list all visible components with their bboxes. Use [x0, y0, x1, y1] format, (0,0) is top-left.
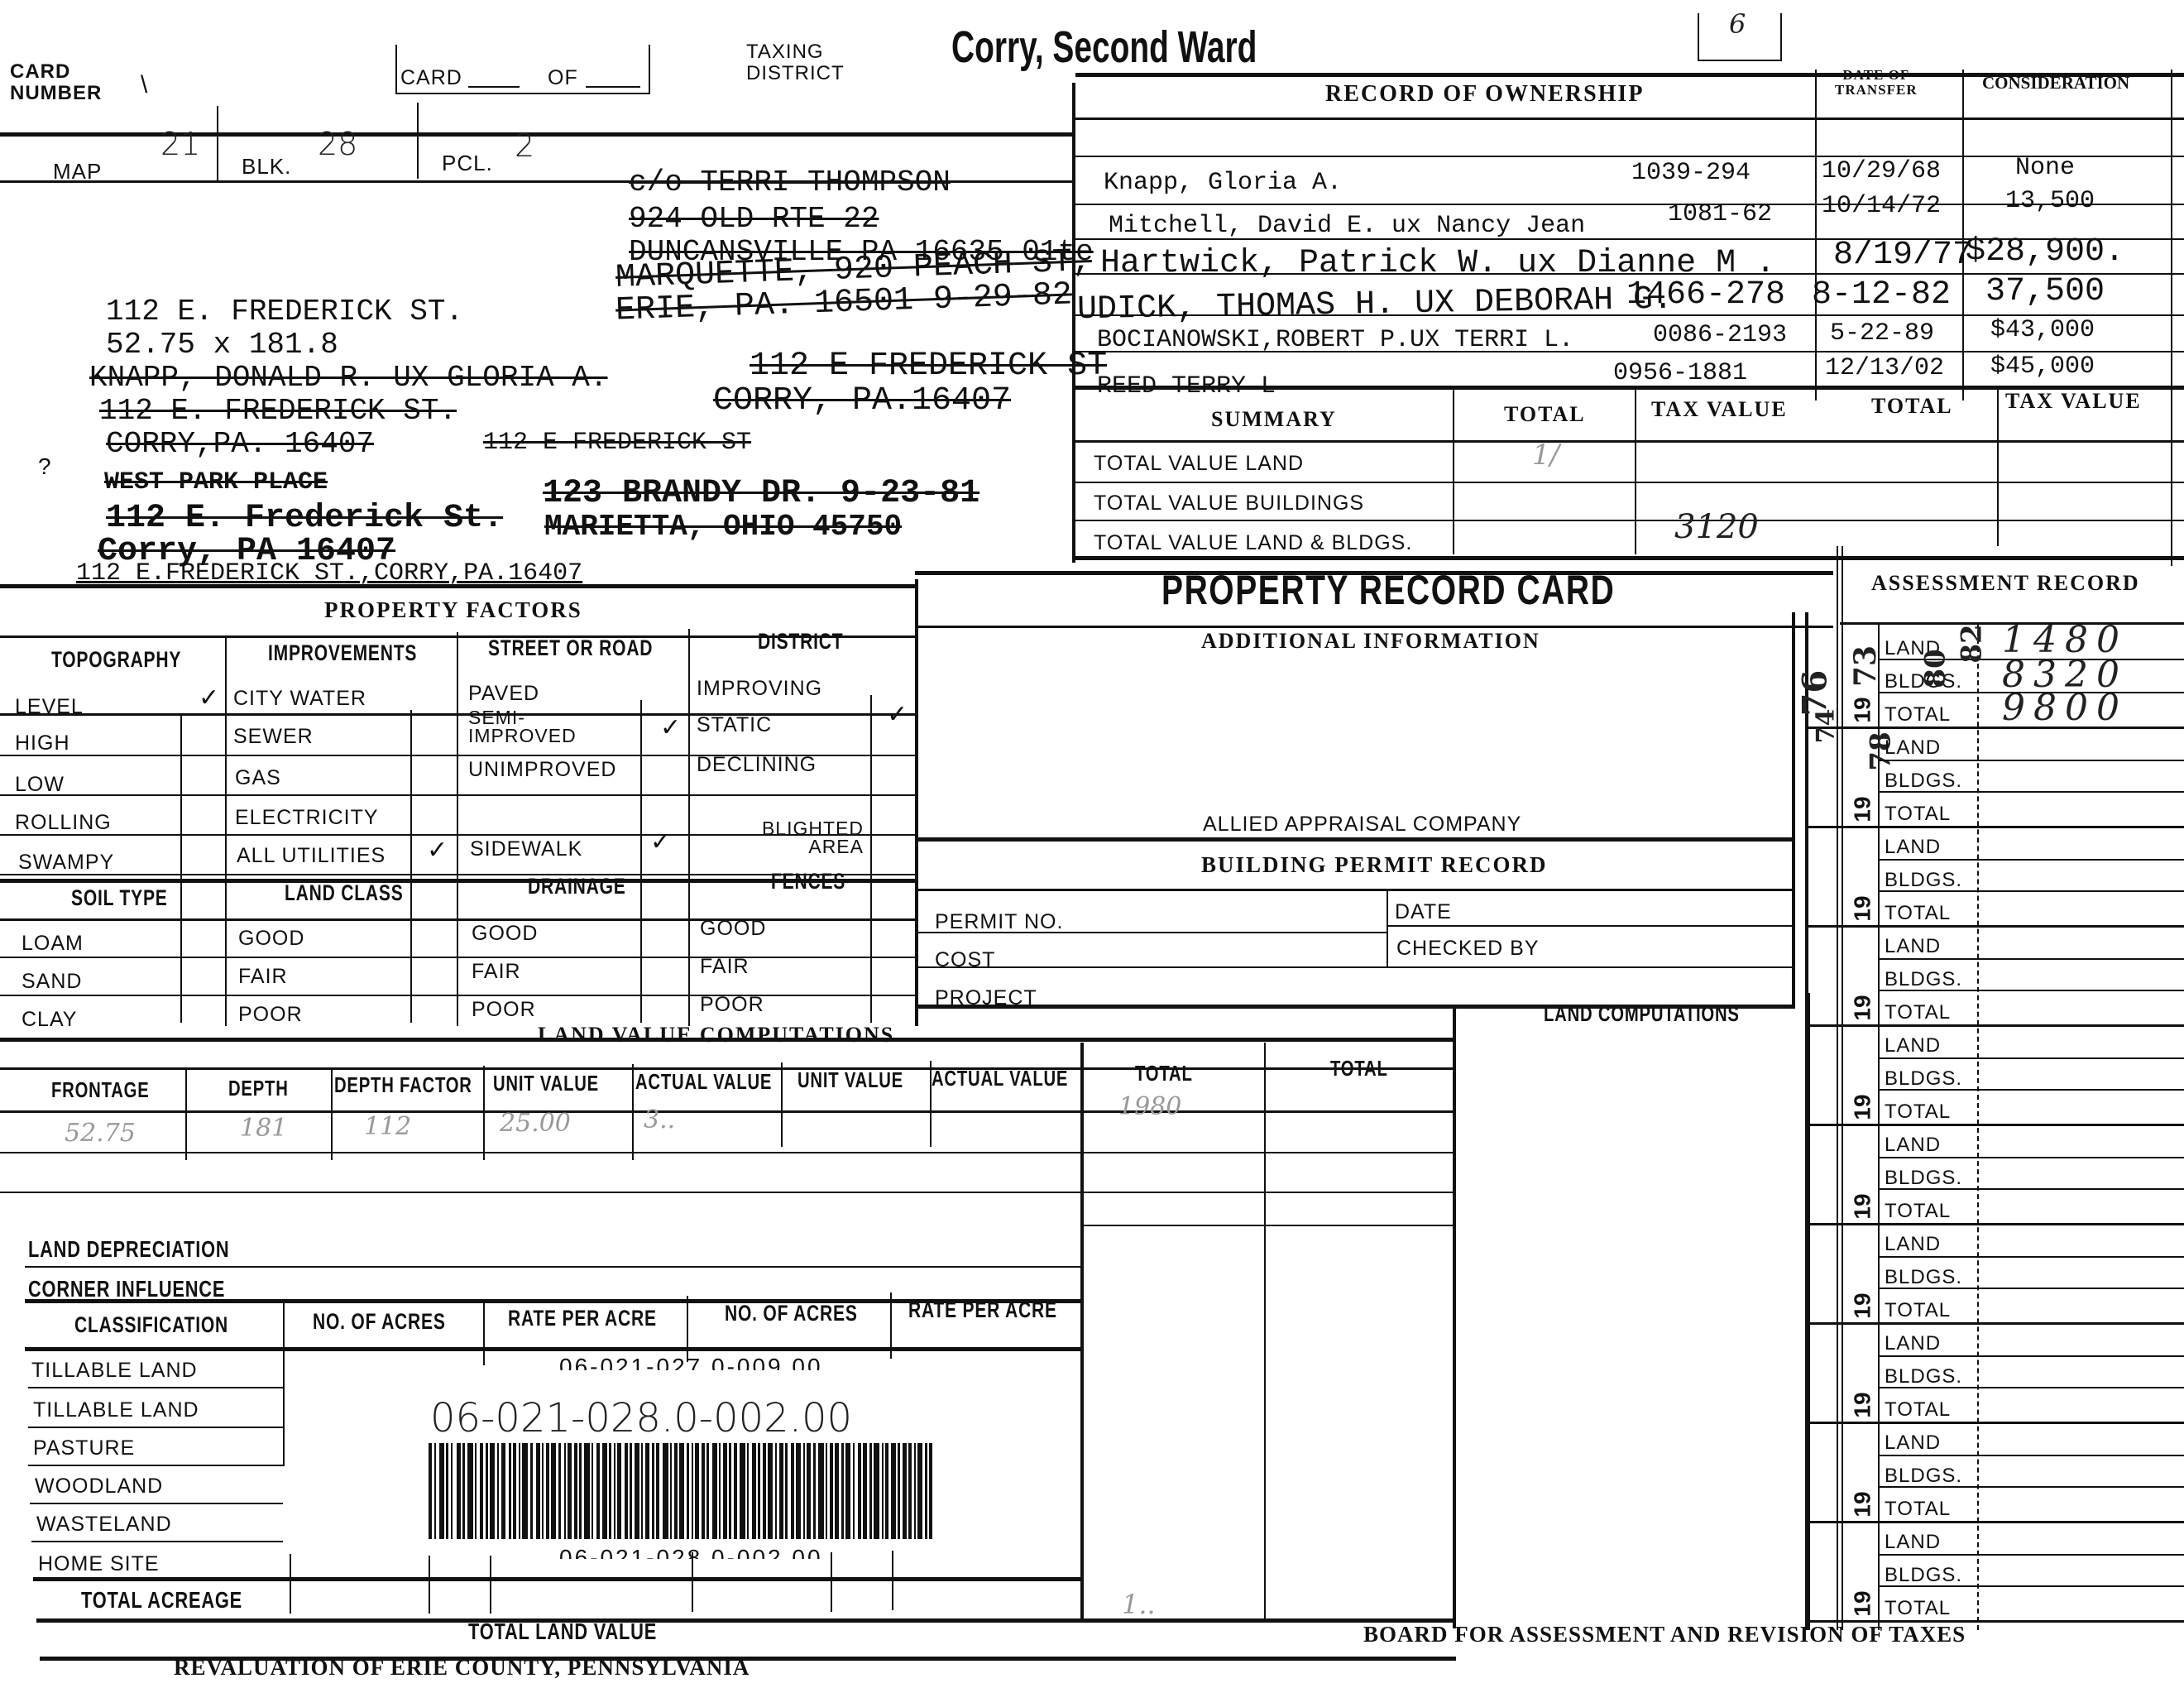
divider [1387, 925, 1795, 927]
divider [1635, 389, 1636, 554]
no-of-acres-header: NO. OF ACRES [313, 1309, 446, 1335]
fences-poor: POOR [700, 993, 764, 1017]
street-sidewalk: SIDEWALK [470, 837, 582, 861]
divider [410, 710, 412, 1023]
consideration-header: CONSIDERATION [1982, 73, 2129, 94]
of-blank[interactable] [586, 86, 640, 88]
divider [831, 1552, 832, 1612]
divider [0, 1152, 1453, 1153]
deed-reference: 1466-278 [1626, 276, 1785, 314]
frontage-header: FRONTAGE [51, 1077, 150, 1103]
divider [1878, 1455, 2184, 1456]
divider [0, 995, 918, 996]
assessment-total-label: TOTAL [1885, 1597, 1951, 1620]
land-computations-title: LAND COMPUTATIONS [1544, 1001, 1740, 1027]
assessment-bldgs-label: BLDGS. [1885, 1365, 1962, 1388]
divider [457, 632, 458, 1026]
soil-sand: SAND [22, 970, 82, 994]
summary-title: SUMMARY [1211, 407, 1337, 432]
assessment-land-label: LAND [1885, 836, 1941, 859]
year-prefix: 19 [1850, 1193, 1876, 1219]
property-factors-title: PROPERTY FACTORS [324, 597, 582, 623]
divider [429, 1556, 430, 1614]
divider [1075, 520, 2184, 521]
struck-address-line: KNAPP, DONALD R. UX GLORIA A. [89, 361, 608, 395]
divider [483, 1066, 485, 1160]
year-prefix: 19 [1850, 1491, 1876, 1517]
divider [490, 1556, 491, 1614]
divider [0, 713, 918, 716]
assessment-bldgs-label: BLDGS. [1885, 1564, 1962, 1587]
struck-address-line: CORRY,PA. 16407 [106, 427, 374, 461]
unit-value: 25.00 [500, 1109, 571, 1138]
drainage-poor: POOR [472, 998, 536, 1022]
total-acreage-label: TOTAL ACREAGE [81, 1587, 242, 1614]
barcode-top-text: 06-021-027.0-009.00 [559, 1354, 823, 1370]
assessment-total-label: TOTAL [1885, 803, 1951, 826]
divider [283, 1301, 285, 1466]
divider [28, 1387, 283, 1388]
pcl-value: 2 [515, 127, 534, 164]
class-home-site: HOME SITE [38, 1552, 160, 1576]
assessment-land-label: LAND [1885, 1233, 1941, 1256]
struck-address-line: 112 E. Frederick St. [106, 500, 503, 537]
frontage-value: 52.75 [65, 1119, 136, 1148]
assessment-record-title: ASSESSMENT RECORD [1871, 571, 2140, 596]
land-depreciation-label: LAND DEPRECIATION [28, 1236, 229, 1263]
divider [31, 1541, 283, 1542]
property-address: 112 E. FREDERICK ST. [106, 295, 463, 328]
divider [1805, 1521, 2184, 1523]
divider [331, 1067, 333, 1160]
soil-loam: LOAM [22, 932, 84, 956]
divider [1387, 890, 1388, 966]
year-prefix: 19 [1850, 995, 1876, 1020]
class-pasture: PASTURE [33, 1436, 135, 1460]
divider [30, 1503, 283, 1504]
divider [1878, 1256, 2184, 1258]
divider [915, 579, 918, 1026]
consideration: None [2015, 154, 2075, 182]
assessment-total-label: TOTAL [1885, 1498, 1951, 1521]
divider [1805, 925, 2184, 928]
struck-address-line: c/o TERRI THOMPSON [629, 165, 951, 199]
additional-info-title: ADDITIONAL INFORMATION [1201, 629, 1540, 654]
card-label: CARD [400, 66, 462, 90]
street-semi-improved: SEMI- IMPROVED [468, 708, 577, 745]
divider [1997, 389, 1999, 546]
divider [0, 1192, 1453, 1193]
divider [1075, 482, 2184, 483]
year-note-82: 82 [1956, 624, 1989, 663]
blk-label: BLK. [242, 154, 291, 180]
taxing-district-value: Corry, Second Ward [951, 22, 1257, 73]
street-road-header: STREET OR ROAD [488, 635, 653, 661]
deed-reference: 1039-294 [1631, 159, 1751, 187]
divider [0, 1110, 1453, 1113]
divider [1453, 1005, 1456, 1628]
divider [1072, 83, 1075, 563]
soil-clay: CLAY [22, 1008, 77, 1032]
divider [781, 1062, 783, 1147]
divider [1805, 1024, 2184, 1027]
divider [1075, 117, 2184, 120]
owner-name: BOCIANOWSKI,ROBERT P.UX TERRI L. [1097, 326, 1573, 354]
footer-board: BOARD FOR ASSESSMENT AND REVISION OF TAX… [1363, 1622, 1966, 1647]
classification-header: CLASSIFICATION [74, 1312, 228, 1338]
divider [290, 1554, 291, 1614]
blk-value: 28 [318, 126, 357, 162]
divider [918, 932, 1387, 933]
class-wasteland: WASTELAND [36, 1513, 172, 1537]
divider [1805, 1223, 2184, 1225]
divider [918, 889, 1795, 891]
date-of-transfer-header: DATE OF TRANSFER [1835, 68, 1918, 98]
class-tillable-land-2: TILLABLE LAND [33, 1398, 199, 1422]
handwritten-parcel-number[interactable]: 06-021-028.0-002.00 [430, 1395, 852, 1441]
divider [870, 695, 872, 1023]
consideration: $43,000 [1990, 316, 2095, 344]
divider [687, 1296, 688, 1362]
checked-by-label: CHECKED BY [1396, 937, 1540, 961]
year-prefix: 19 [1850, 1292, 1876, 1318]
land-class-good: GOOD [238, 927, 304, 951]
consideration: $28,900. [1966, 233, 2124, 271]
total-2-header: TOTAL [1330, 1056, 1388, 1081]
divider [892, 1551, 893, 1610]
assessment-land-label: LAND [1885, 1332, 1941, 1355]
divider [918, 966, 1795, 968]
struck-address-line: 112 E. FREDERICK ST. [99, 394, 457, 428]
divider [915, 626, 1833, 628]
fences-fair: FAIR [700, 955, 750, 979]
summary-tax-value-header: TAX VALUE [1651, 397, 1788, 422]
fences-header: FENCES [771, 869, 845, 894]
assessment-bldgs-label: BLDGS. [1885, 869, 1962, 892]
assessment-bldgs-label: BLDGS. [1885, 968, 1962, 991]
divider [28, 1465, 283, 1466]
year-note-74: 74 [1811, 709, 1840, 744]
divider [1878, 1554, 2184, 1556]
struck-address-line: MARIETTA, OHIO 45750 [544, 510, 902, 544]
divider [1878, 958, 2184, 960]
rate-per-acre-2-header: RATE PER ACRE [908, 1297, 1057, 1323]
transfer-date: 12/13/02 [1825, 354, 1944, 382]
transfer-date: 10/14/72 [1822, 192, 1941, 220]
divider [1805, 612, 1808, 1630]
year-note-73: 73 [1848, 645, 1883, 687]
drainage-fair: FAIR [472, 960, 521, 984]
land-class-header: LAND CLASS [285, 880, 404, 906]
depth-value: 181 [240, 1114, 287, 1143]
divider [1878, 1157, 2184, 1158]
transfer-date: 8/19/77 [1833, 237, 1972, 274]
divider [25, 1347, 1080, 1351]
consideration: 13,500 [2005, 187, 2095, 215]
property-record-card-title: PROPERTY RECORD CARD [1161, 566, 1615, 614]
permit-record-title: BUILDING PERMIT RECORD [1201, 852, 1548, 878]
total-header: TOTAL [1135, 1061, 1193, 1086]
divider [217, 106, 218, 180]
divider [1075, 440, 2184, 443]
year-prefix: 19 [1850, 1094, 1876, 1120]
barcode-bottom-text: 06-021-028.0-002.00 [559, 1544, 823, 1559]
drainage-good: GOOD [472, 922, 538, 946]
question-mark: ? [38, 453, 52, 480]
district-blighted-area: BLIGHTED AREA [698, 819, 864, 856]
struck-address-line: 112 E FREDERICK ST [750, 348, 1107, 385]
owner-name: UDICK, THOMAS H. UX DEBORAH G. [1077, 281, 1674, 329]
district-static: STATIC [697, 713, 772, 737]
improvements-sewer: SEWER [233, 725, 314, 749]
map-value: 21 [160, 126, 200, 162]
owner-name: Mitchell, David E. ux Nancy Jean [1109, 212, 1585, 240]
owner-name: Knapp, Gloria A. [1104, 169, 1342, 197]
topography-rolling: ROLLING [15, 811, 112, 835]
divider [180, 715, 182, 1023]
check-icon[interactable]: ✓ [199, 683, 219, 712]
divider [483, 1299, 485, 1365]
transfer-date: 5-22-89 [1830, 319, 1934, 348]
district-improving: IMPROVING [697, 677, 822, 701]
consideration: 37,500 [1985, 273, 2105, 310]
land-class-fair: FAIR [238, 965, 288, 989]
assessment-total-label: TOTAL [1885, 1001, 1951, 1024]
assessment-total-label: TOTAL [1885, 1398, 1951, 1422]
no-of-acres-2-header: NO. OF ACRES [725, 1301, 858, 1326]
unit-value-2-header: UNIT VALUE [797, 1067, 903, 1093]
check-icon[interactable]: ✓ [427, 836, 448, 865]
street-unimproved: UNIMPROVED [468, 758, 616, 782]
assessment-total-value: 9800 [2002, 687, 2128, 729]
deed-reference: 0956-1881 [1613, 359, 1747, 387]
land-value-title: LAND VALUE COMPUTATIONS [538, 1023, 894, 1048]
company-name: ALLIED APPRAISAL COMPANY [1203, 813, 1521, 837]
transfer-date: 10/29/68 [1822, 157, 1941, 185]
pcl-label: PCL. [442, 151, 493, 176]
assessment-land-label: LAND [1885, 1431, 1941, 1455]
divider [1080, 1225, 1453, 1226]
divider [0, 918, 918, 921]
deed-reference: 0086-2193 [1653, 321, 1787, 349]
total-land-value-label: TOTAL LAND VALUE [468, 1618, 657, 1645]
improvements-electricity: ELECTRICITY [235, 806, 379, 830]
fences-good: GOOD [700, 917, 766, 941]
district-declining: DECLINING [697, 753, 817, 777]
depth-header: DEPTH [228, 1076, 289, 1101]
divider [185, 1069, 187, 1160]
land-class-poor: POOR [238, 1003, 303, 1027]
map-label: MAP [53, 159, 102, 185]
street-paved: PAVED [468, 682, 539, 706]
card-number-value: \ [141, 71, 148, 99]
total-value: 1980 [1118, 1092, 1181, 1121]
year-note-80: 80 [1919, 649, 1952, 688]
divider [1080, 1043, 1084, 1622]
divider [1842, 546, 1843, 1630]
divider [0, 794, 918, 796]
assessment-total-label: TOTAL [1885, 703, 1951, 727]
divider [1264, 1043, 1266, 1622]
unit-value-header: UNIT VALUE [493, 1071, 599, 1096]
consideration: $45,000 [1990, 352, 2095, 381]
assessment-total-label: TOTAL [1885, 902, 1951, 925]
card-blank[interactable] [468, 86, 520, 88]
year-prefix: 19 [1850, 796, 1876, 822]
barcode [429, 1443, 1075, 1539]
divider [25, 1266, 1080, 1268]
district-header: DISTRICT [758, 629, 843, 655]
total-land-value: 1.. [1122, 1589, 1156, 1620]
assessment-land-label: LAND [1885, 935, 1941, 958]
assessment-total-label: TOTAL [1885, 1200, 1951, 1223]
divider [28, 1427, 283, 1428]
improvements-gas: GAS [235, 766, 281, 790]
of-label: OF [548, 66, 578, 90]
divider [1878, 859, 2184, 861]
summary-total2-header: TOTAL [1871, 394, 1953, 419]
divider [417, 103, 419, 179]
owner-name: REED TERRY L [1097, 372, 1276, 400]
check-icon[interactable]: ✓ [650, 827, 671, 856]
year-prefix: 19 [1850, 697, 1876, 722]
divider [1878, 1057, 2184, 1059]
check-icon[interactable]: ✓ [887, 700, 908, 729]
taxing-district-label: TAXING DISTRICT [746, 41, 845, 84]
improvements-city-water: CITY WATER [233, 687, 366, 711]
topography-header: TOPOGRAPHY [51, 647, 181, 673]
divider [0, 584, 918, 588]
improvements-all-utilities: ALL UTILITIES [237, 844, 386, 868]
summary-row-label: TOTAL VALUE LAND & BLDGS. [1094, 531, 1412, 555]
divider [36, 1618, 1456, 1623]
divider [640, 700, 642, 1023]
divider [1878, 622, 1880, 1630]
struck-address-line: WEST PARK PLACE [104, 468, 328, 496]
divider [1878, 760, 2184, 761]
divider [915, 837, 1795, 842]
summary-row-label: TOTAL VALUE BUILDINGS [1094, 492, 1364, 516]
assessment-bldgs-label: BLDGS. [1885, 1465, 1962, 1488]
struck-address-line: 123 BRANDY DR. 9-23-81 [543, 475, 979, 512]
cost-label: COST [935, 948, 995, 972]
divider [1977, 622, 1979, 1630]
summary-total-header: TOTAL [1504, 402, 1586, 427]
summary-row-label: TOTAL VALUE LAND [1094, 452, 1304, 476]
soil-type-header: SOIL TYPE [71, 885, 168, 911]
class-tillable-land: TILLABLE LAND [31, 1359, 198, 1383]
assessment-land-label: LAND [1885, 736, 1941, 760]
rate-per-acre-header: RATE PER ACRE [508, 1306, 657, 1331]
assessment-land-label: LAND [1885, 1034, 1941, 1057]
divider [33, 1577, 1084, 1581]
divider [2171, 70, 2172, 566]
topography-low: LOW [15, 773, 65, 797]
deed-reference: 1081-62 [1668, 200, 1772, 228]
ownership-title: RECORD OF OWNERSHIP [1325, 81, 1644, 108]
divider [1805, 1124, 2184, 1126]
struck-address-line: CORRY, PA.16407 [713, 382, 1011, 420]
year-prefix: 19 [1850, 1590, 1876, 1616]
assessment-bldgs-label: BLDGS. [1885, 1167, 1962, 1190]
divider [1878, 1355, 2184, 1357]
assessment-total-label: TOTAL [1885, 1101, 1951, 1124]
summary-land-total: 1/ [1532, 439, 1559, 472]
divider [225, 637, 227, 1026]
struck-address-line: 112 E FREDERICK ST [483, 429, 751, 457]
year-prefix: 19 [1850, 895, 1876, 921]
permit-no-label: PERMIT NO. [935, 910, 1063, 934]
lot-dimensions: 52.75 x 181.8 [106, 328, 338, 362]
divider [1805, 1422, 2184, 1424]
year-prefix: 19 [1850, 1392, 1876, 1417]
assessment-land-label: LAND [1885, 1134, 1941, 1157]
actual-value-header: ACTUAL VALUE [635, 1069, 772, 1095]
transfer-date: 8-12-82 [1812, 276, 1951, 314]
footer-revaluation: REVALUATION OF ERIE COUNTY, PENNSYLVANIA [174, 1655, 750, 1681]
topography-level: LEVEL [15, 695, 84, 719]
divider [0, 957, 918, 958]
divider [1805, 826, 2184, 828]
summary-tax-value2-header: TAX VALUE [2005, 389, 2142, 414]
summary-land-bldgs-tax-value: 3120 [1674, 508, 1759, 546]
topography-swampy: SWAMPY [18, 851, 114, 875]
divider [1453, 389, 1454, 554]
depth-factor-header: DEPTH FACTOR [334, 1072, 472, 1098]
card-number-label: CARD NUMBER [10, 61, 102, 104]
actual-value: 3.. [644, 1105, 675, 1134]
topography-high: HIGH [15, 731, 70, 755]
divider [1075, 556, 2184, 560]
depth-factor-value: 112 [364, 1112, 411, 1141]
struck-address-line: 924 OLD RTE 22 [629, 202, 879, 236]
page-number: 6 [1729, 8, 1746, 40]
actual-value-2-header: ACTUAL VALUE [932, 1066, 1068, 1091]
assessment-total-label: TOTAL [1885, 1299, 1951, 1322]
drainage-header: DRAINAGE [528, 874, 626, 899]
assessment-bldgs-label: BLDGS. [1885, 770, 1962, 793]
assessment-bldgs-label: BLDGS. [1885, 1067, 1962, 1091]
divider [688, 629, 690, 1026]
class-woodland: WOODLAND [35, 1475, 163, 1499]
assessment-bldgs-label: BLDGS. [1885, 1266, 1962, 1289]
assessment-land-label: LAND [1885, 1531, 1941, 1554]
divider [1805, 1322, 2184, 1325]
current-mailing-address: 112 E.FREDERICK ST.,CORRY,PA.16407 [76, 559, 582, 587]
improvements-header: IMPROVEMENTS [268, 640, 417, 666]
divider [692, 1552, 693, 1612]
check-icon[interactable]: ✓ [660, 713, 681, 742]
permit-date-label: DATE [1395, 900, 1452, 924]
